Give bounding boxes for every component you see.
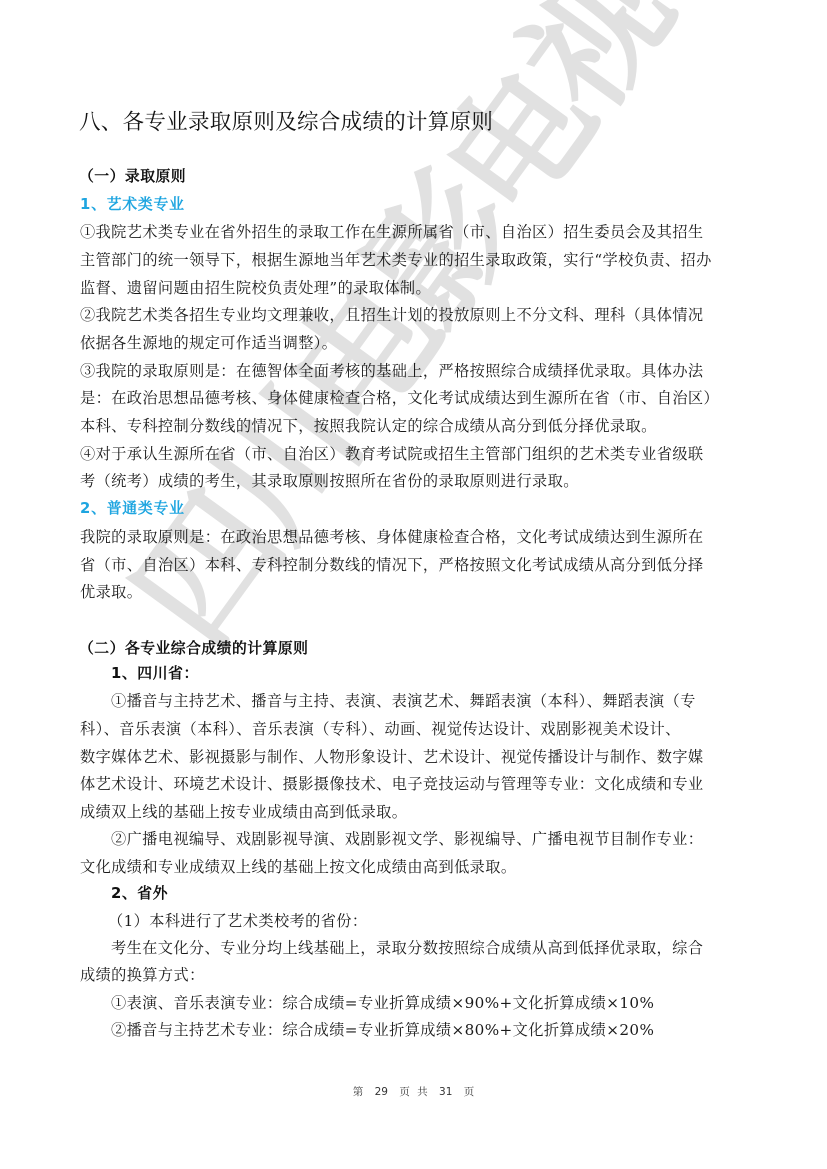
paragraph-line: 成绩双上线的基础上按专业成绩由高到低录取。 [80,802,407,822]
paragraph-line: 考（统考）成绩的考生，其录取原则按照所在省份的录取原则进行录取。 [80,471,579,491]
paragraph-line: 文化成绩和专业成绩双上线的基础上按文化成绩由高到低录取。 [80,857,516,877]
section-heading-score-calculation: （二）各专业综合成绩的计算原则 [79,639,308,659]
footer-prefix: 第 [353,1086,364,1098]
paragraph-line: 数字媒体艺术、影视摄影与制作、人物形象设计、艺术设计、视觉传播设计与制作、数字媒 [80,747,704,767]
paragraph-line: 是：在政治思想品德考核、身体健康检查合格，文化考试成绩达到生源所在省（市、自治区… [80,388,719,408]
subsection-heading-general-majors: 2、普通类专业 [80,499,185,519]
current-page-number: 29 [375,1086,388,1098]
page-title: 八、各专业录取原则及综合成绩的计算原则 [79,108,493,138]
paragraph-line: 监督、遗留问题由招生院校负责处理”的录取体制。 [80,278,431,298]
formula-line: ②播音与主持艺术专业：综合成绩=专业折算成绩×80%+文化折算成绩×20% [111,1020,654,1040]
paragraph-line: 本科、专科控制分数线的情况下，按照我院认定的综合成绩从高分到低分择优录取。 [80,416,657,436]
paragraph-line: ①我院艺术类专业在省外招生的录取工作在生源所属省（市、自治区）招生委员会及其招生 [80,222,704,242]
paragraph-line: （1）本科进行了艺术类校考的省份： [108,911,367,931]
total-pages-number: 31 [439,1086,452,1098]
paragraph-line: ②广播电视编导、戏剧影视导演、戏剧影视文学、影视编导、广播电视节目制作专业： [111,829,703,849]
paragraph-line: 我院的录取原则是：在政治思想品德考核、身体健康检查合格，文化考试成绩达到生源所在 [80,527,704,547]
subsection-heading-sichuan: 1、四川省： [111,664,199,684]
paragraph-line: 体艺术设计、环境艺术设计、摄影摄像技术、电子竞技运动与管理等专业：文化成绩和专业 [80,774,704,794]
paragraph-line: 考生在文化分、专业分均上线基础上，录取分数按照综合成绩从高到低择优录取，综合 [111,938,703,958]
paragraph-line: ④对于承认生源所在省（市、自治区）教育考试院或招生主管部门组织的艺术类专业省级联 [80,444,704,464]
paragraph-line: ③我院的录取原则是：在德智体全面考核的基础上，严格按照综合成绩择优录取。具体办法 [80,361,704,381]
section-heading-admission-principles: （一）录取原则 [79,167,186,187]
formula-line: ①表演、音乐表演专业：综合成绩=专业折算成绩×90%+文化折算成绩×10% [111,993,654,1013]
page-footer: 第 29 页 共 31 页 [0,1084,827,1099]
footer-middle: 页 共 [399,1086,427,1098]
paragraph-line: 成绩的换算方式： [80,965,205,985]
paragraph-line: ②我院艺术类各招生专业均文理兼收，且招生计划的投放原则上不分文科、理科（具体情况 [80,305,704,325]
subsection-heading-outside-province: 2、省外 [111,884,168,904]
paragraph-line: 主管部门的统一领导下，根据生源地当年艺术类专业的招生录取政策，实行“学校负责、招… [80,250,712,270]
subsection-heading-art-majors: 1、艺术类专业 [80,195,185,215]
paragraph-line: 省（市、自治区）本科、专科控制分数线的情况下，严格按照文化考试成绩从高分到低分择 [80,555,704,575]
paragraph-line: 依据各生源地的规定可作适当调整）。 [80,333,337,353]
footer-suffix: 页 [464,1086,475,1098]
paragraph-line: 科）、音乐表演（本科）、音乐表演（专科）、动画、视觉传达设计、戏剧影视美术设计、 [80,719,681,739]
paragraph-line: 优录取。 [80,582,142,602]
paragraph-line: ①播音与主持艺术、播音与主持、表演、表演艺术、舞蹈表演（本科）、舞蹈表演（专 [111,691,696,711]
